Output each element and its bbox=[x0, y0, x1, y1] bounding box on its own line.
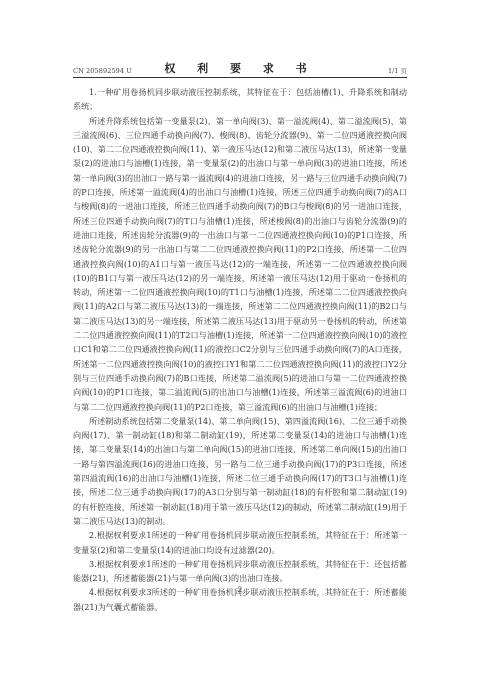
document-page: CN 205892594 U 权 利 要 求 书 1/1 页 1.一种矿用卷扬机… bbox=[0, 0, 480, 678]
document-title: 权 利 要 求 书 bbox=[73, 60, 407, 76]
page-number: 2 bbox=[0, 586, 480, 594]
claim-2: 2.根据权利要求1所述的一种矿用卷扬机同步联动液压控制系统，其特征在于：所述第一… bbox=[73, 528, 407, 557]
page-count: 1/1 页 bbox=[388, 66, 407, 75]
claim-3: 3.根据权利要求1所述的一种矿用卷扬机同步联动液压控制系统，其特征在于：还包括蓄… bbox=[73, 557, 407, 586]
claim-1-lifting-system: 所述升降系统包括第一变量泵(2)、第一单向阀(3)、第一溢流阀(4)、第二溢流阀… bbox=[73, 114, 407, 414]
claims-body: 1.一种矿用卷扬机同步联动液压控制系统，其特征在于：包括油槽(1)、升降系统和制… bbox=[73, 85, 407, 614]
header-divider bbox=[73, 77, 407, 78]
claim-1-intro: 1.一种矿用卷扬机同步联动液压控制系统，其特征在于：包括油槽(1)、升降系统和制… bbox=[73, 85, 407, 114]
claim-1-braking-system: 所述制动系统包括第二变量泵(14)、第二单向阀(15)、第四溢流阀(16)、二位… bbox=[73, 414, 407, 528]
page-header: CN 205892594 U 权 利 要 求 书 1/1 页 bbox=[73, 61, 407, 75]
